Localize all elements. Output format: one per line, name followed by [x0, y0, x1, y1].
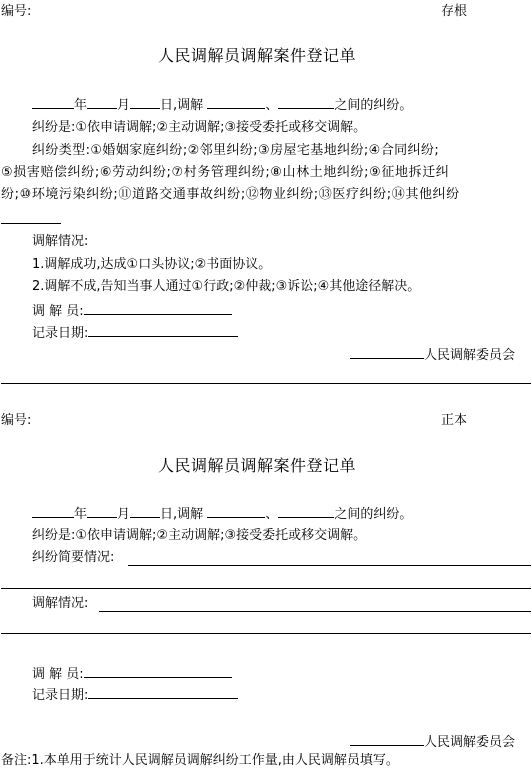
day-blank[interactable]: [130, 505, 160, 518]
original-title: 人民调解员调解案件登记单: [158, 458, 356, 474]
record-date-label: 记录日期:: [32, 326, 88, 341]
original-date-line: 年月日,调解 、之间的纠纷。: [32, 505, 412, 523]
original-record-date-row: 记录日期:: [32, 686, 238, 704]
original-mediator-row: 调 解 员:: [32, 665, 232, 683]
committee-blank[interactable]: [350, 733, 424, 746]
situation-blank-line-1[interactable]: [99, 611, 531, 612]
mediator-label: 调 解 员:: [32, 304, 84, 319]
stub-committee-row: 人民调解委员会: [350, 346, 515, 364]
stub-types-underline: [1, 223, 61, 224]
stub-outcome-fail: 2.调解不成,告知当事人通过①行政;②仲裁;③诉讼;④其他途径解决。: [32, 279, 420, 295]
party-a-blank[interactable]: [207, 505, 265, 518]
stub-situation-label: 调解情况:: [32, 234, 88, 250]
committee-blank[interactable]: [350, 346, 424, 359]
stub-outcome-success: 1.调解成功,达成①口头协议;②书面协议。: [32, 257, 271, 273]
committee-label: 人民调解委员会: [424, 735, 515, 750]
stub-types-line-2: ⑤损害赔偿纠纷;⑥劳动纠纷;⑦村务管理纠纷;⑧山林土地纠纷;⑨征地拆迁纠: [1, 165, 449, 181]
summary-blank-line-1[interactable]: [128, 565, 531, 566]
stub-date-line: 年月日,调解 、之间的纠纷。: [32, 96, 412, 114]
original-number-label: 编号:: [1, 413, 31, 429]
year-blank[interactable]: [32, 96, 74, 109]
committee-label: 人民调解委员会: [424, 348, 515, 363]
stub-source-line: 纠纷是:①依申请调解;②主动调解;③接受委托或移交调解。: [32, 120, 366, 136]
record-date-label: 记录日期:: [32, 688, 88, 703]
month-blank[interactable]: [87, 505, 117, 518]
situation-blank-line-2[interactable]: [1, 633, 531, 634]
party-b-blank[interactable]: [278, 505, 334, 518]
year-blank[interactable]: [32, 505, 74, 518]
original-note: 备注:1.本单用于统计人民调解员调解纠纷工作量,由人民调解员填写。: [1, 753, 399, 769]
party-a-blank[interactable]: [207, 96, 265, 109]
party-b-blank[interactable]: [278, 96, 334, 109]
stub-title: 人民调解员调解案件登记单: [158, 48, 356, 64]
record-date-blank[interactable]: [88, 686, 238, 699]
original-copy-tag: 正本: [441, 413, 467, 429]
stub-types-line-1: 纠纷类型:①婚姻家庭纠纷;②邻里纠纷;③房屋宅基地纠纷;④合同纠纷;: [32, 143, 439, 159]
mediator-blank[interactable]: [84, 302, 232, 315]
cut-line-divider: [1, 383, 531, 384]
stub-mediator-row: 调 解 员:: [32, 302, 232, 320]
original-summary-label: 纠纷简要情况:: [32, 550, 114, 566]
original-source-line: 纠纷是:①依申请调解;②主动调解;③接受委托或移交调解。: [32, 528, 366, 544]
mediator-blank[interactable]: [84, 665, 232, 678]
day-blank[interactable]: [130, 96, 160, 109]
original-committee-row: 人民调解委员会: [350, 733, 515, 751]
stub-number-label: 编号:: [1, 4, 31, 20]
mediator-label: 调 解 员:: [32, 667, 84, 682]
stub-record-date-row: 记录日期:: [32, 324, 238, 342]
original-situation-label: 调解情况:: [32, 596, 88, 612]
stub-copy-tag: 存根: [441, 4, 467, 20]
stub-types-line-3: 纷;⑩环境污染纠纷;⑪道路交通事故纠纷;⑫物业纠纷;⑬医疗纠纷;⑭其他纠纷: [1, 187, 460, 203]
record-date-blank[interactable]: [88, 324, 238, 337]
summary-blank-line-2[interactable]: [1, 588, 531, 589]
month-blank[interactable]: [87, 96, 117, 109]
